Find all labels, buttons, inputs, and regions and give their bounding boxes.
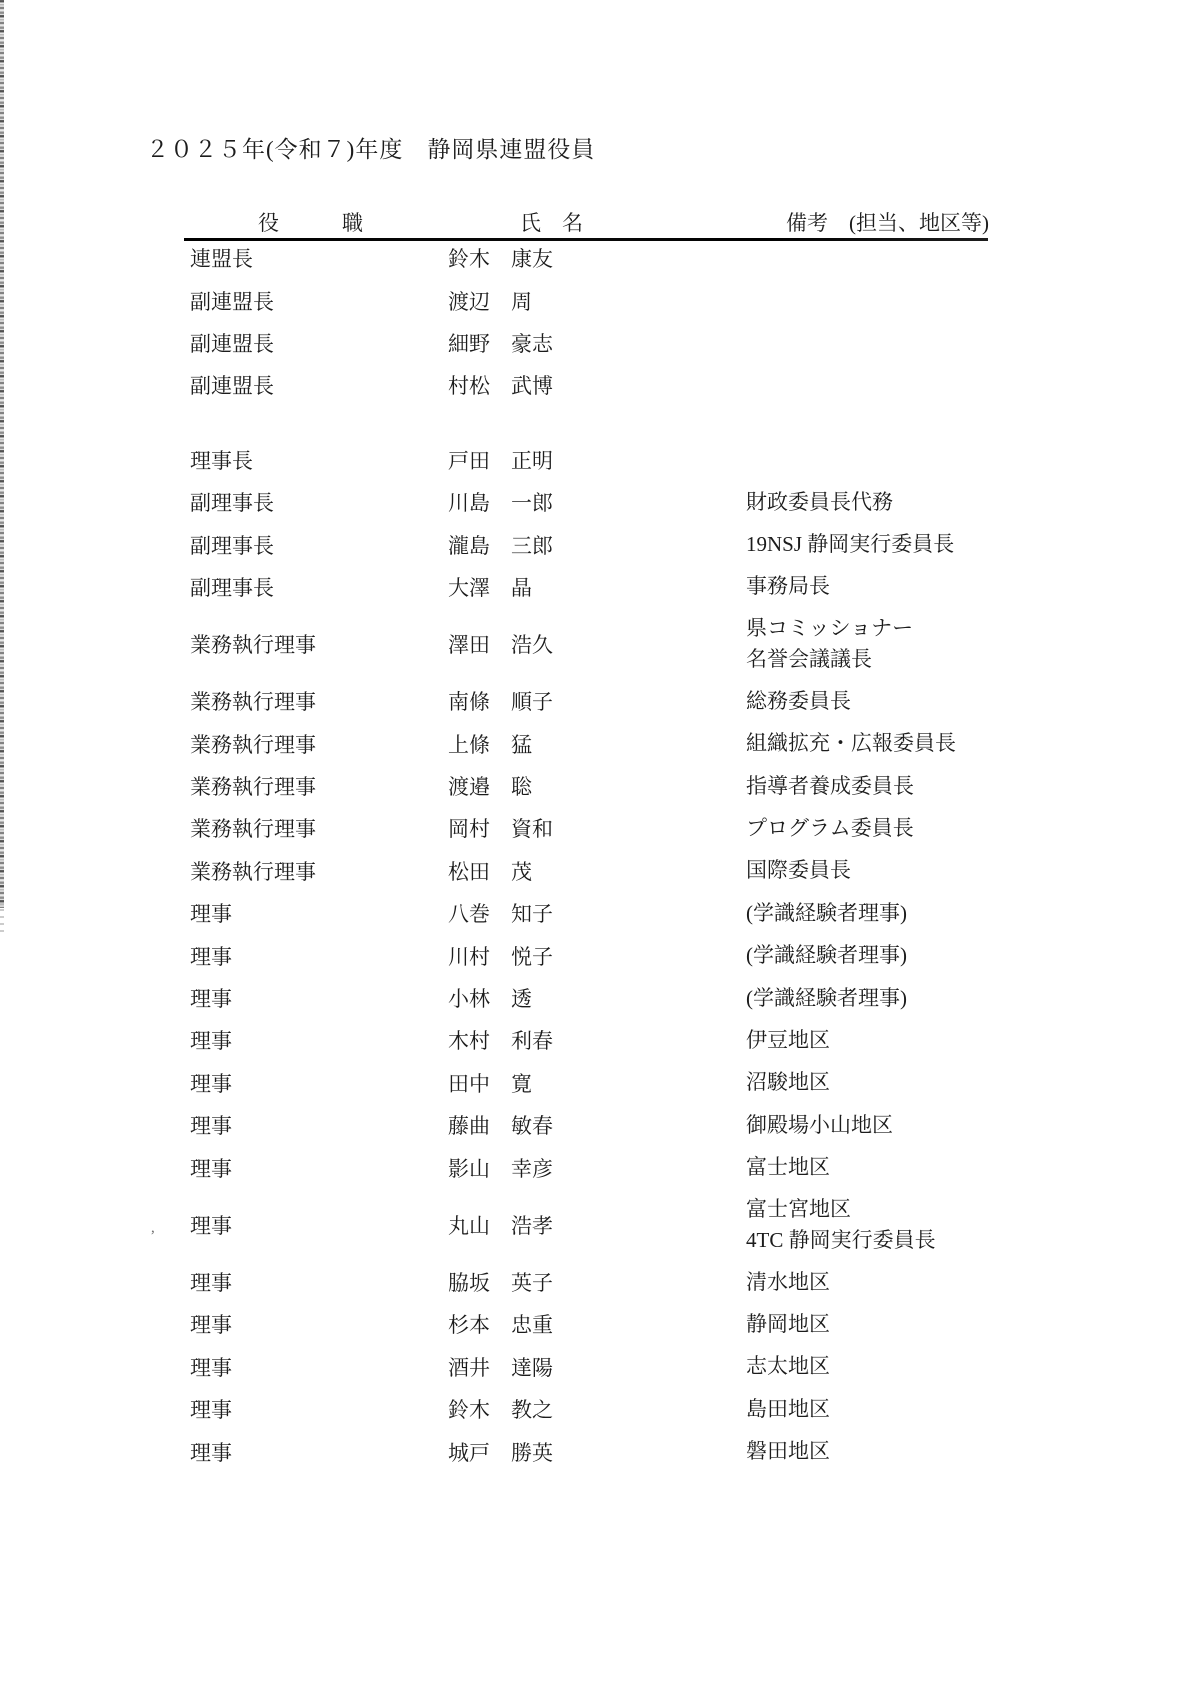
scan-speck bbox=[151, 1220, 159, 1232]
cell-name: 岡村 資和 bbox=[448, 813, 746, 843]
cell-name: 杉本 忠重 bbox=[448, 1309, 746, 1339]
cell-position: 業務執行理事 bbox=[190, 856, 448, 886]
cell-name: 影山 幸彦 bbox=[448, 1153, 746, 1183]
cell-name: 上條 猛 bbox=[448, 729, 746, 759]
cell-position: 理事 bbox=[190, 1267, 448, 1297]
cell-position: 副連盟長 bbox=[190, 286, 448, 316]
remark-line: (学識経験者理事) bbox=[746, 940, 1175, 971]
table-row: 理事 酒井 達陽 志太地区 bbox=[190, 1346, 1175, 1388]
remark-line: プログラム委員長 bbox=[746, 813, 1175, 844]
cell-remarks: 島田地区 bbox=[746, 1394, 1175, 1425]
cell-position: 業務執行理事 bbox=[190, 629, 448, 659]
table-row: 理事 木村 利春 伊豆地区 bbox=[190, 1019, 1175, 1061]
remark-line: (学識経験者理事) bbox=[746, 983, 1175, 1014]
cell-remarks: 清水地区 bbox=[746, 1267, 1175, 1298]
cell-name: 城戸 勝英 bbox=[448, 1437, 746, 1467]
cell-name: 藤曲 敏春 bbox=[448, 1110, 746, 1140]
cell-position: 理事 bbox=[190, 1110, 448, 1140]
cell-position: 副理事長 bbox=[190, 487, 448, 517]
cell-remarks: 19NSJ 静岡実行委員長 bbox=[746, 529, 1175, 560]
cell-remarks: (学識経験者理事) bbox=[746, 983, 1175, 1014]
table-row: 業務執行理事 渡邉 聡 指導者養成委員長 bbox=[190, 765, 1175, 807]
cell-position: 理事 bbox=[190, 941, 448, 971]
cell-remarks: 御殿場小山地区 bbox=[746, 1110, 1175, 1141]
cell-position: 副理事長 bbox=[190, 572, 448, 602]
cell-name: 細野 豪志 bbox=[448, 328, 746, 358]
remark-line: 磐田地区 bbox=[746, 1436, 1175, 1467]
remark-line: 伊豆地区 bbox=[746, 1025, 1175, 1056]
table-row: 副理事長 瀧島 三郎 19NSJ 静岡実行委員長 bbox=[190, 523, 1175, 565]
cell-name: 松田 茂 bbox=[448, 856, 746, 886]
cell-name: 大澤 晶 bbox=[448, 572, 746, 602]
remark-line: 御殿場小山地区 bbox=[746, 1110, 1175, 1141]
remark-line: 4TC 静岡実行委員長 bbox=[746, 1225, 1175, 1256]
table-row: 業務執行理事 上條 猛 組織拡充・広報委員長 bbox=[190, 723, 1175, 765]
cell-remarks: 総務委員長 bbox=[746, 686, 1175, 717]
table-row: 副連盟長 細野 豪志 bbox=[190, 322, 1175, 364]
remark-line: 静岡地区 bbox=[746, 1309, 1175, 1340]
cell-remarks: 静岡地区 bbox=[746, 1309, 1175, 1340]
cell-position: 業務執行理事 bbox=[190, 686, 448, 716]
cell-name: 村松 武博 bbox=[448, 370, 746, 400]
page-title: ２０２５年(令和７)年度 静岡県連盟役員 bbox=[146, 131, 595, 164]
cell-name: 川島 一郎 bbox=[448, 487, 746, 517]
table-row: 理事 杉本 忠重 静岡地区 bbox=[190, 1303, 1175, 1345]
cell-position: 連盟長 bbox=[190, 243, 448, 273]
column-header-name: 氏 名 bbox=[520, 207, 583, 237]
table-row: 業務執行理事 澤田 浩久 県コミッショナー名誉会議議長 bbox=[190, 608, 1175, 680]
cell-remarks: 磐田地区 bbox=[746, 1436, 1175, 1467]
scan-edge-artifact bbox=[0, 0, 4, 908]
cell-name: 八巻 知子 bbox=[448, 898, 746, 928]
cell-position: 理事 bbox=[190, 1437, 448, 1467]
table-row: 理事 城戸 勝英 磐田地区 bbox=[190, 1430, 1175, 1472]
remark-line: 指導者養成委員長 bbox=[746, 771, 1175, 802]
table-row: 業務執行理事 南條 順子 総務委員長 bbox=[190, 680, 1175, 722]
remark-line: 組織拡充・広報委員長 bbox=[746, 728, 1175, 759]
cell-remarks: 事務局長 bbox=[746, 571, 1175, 602]
cell-position: 理事 bbox=[190, 983, 448, 1013]
column-header-remarks: 備考 (担当、地区等) bbox=[786, 207, 989, 237]
table-row: 理事 鈴木 教之 島田地区 bbox=[190, 1388, 1175, 1430]
cell-name: 渡邉 聡 bbox=[448, 771, 746, 801]
cell-position: 理事長 bbox=[190, 445, 448, 475]
remark-line: 志太地区 bbox=[746, 1351, 1175, 1382]
cell-position: 理事 bbox=[190, 1153, 448, 1183]
table-row: 副連盟長 渡辺 周 bbox=[190, 279, 1175, 321]
cell-position: 業務執行理事 bbox=[190, 771, 448, 801]
cell-name: 鈴木 康友 bbox=[448, 243, 746, 273]
table-row: 理事 川村 悦子 (学識経験者理事) bbox=[190, 934, 1175, 976]
cell-remarks: (学識経験者理事) bbox=[746, 940, 1175, 971]
remark-line: 清水地区 bbox=[746, 1267, 1175, 1298]
table-row: 理事 小林 透 (学識経験者理事) bbox=[190, 977, 1175, 1019]
remark-line: 富士宮地区 bbox=[746, 1194, 1175, 1225]
cell-remarks: 国際委員長 bbox=[746, 855, 1175, 886]
table-row: 連盟長 鈴木 康友 bbox=[190, 237, 1175, 279]
table-row: 理事 藤曲 敏春 御殿場小山地区 bbox=[190, 1104, 1175, 1146]
cell-position: 理事 bbox=[190, 1394, 448, 1424]
cell-remarks: プログラム委員長 bbox=[746, 813, 1175, 844]
cell-remarks: 指導者養成委員長 bbox=[746, 771, 1175, 802]
table-row: 副理事長 川島 一郎 財政委員長代務 bbox=[190, 481, 1175, 523]
cell-remarks: 組織拡充・広報委員長 bbox=[746, 728, 1175, 759]
column-header-position: 役 職 bbox=[258, 207, 363, 237]
cell-position: 業務執行理事 bbox=[190, 813, 448, 843]
remark-line: (学識経験者理事) bbox=[746, 898, 1175, 929]
cell-name: 田中 寛 bbox=[448, 1068, 746, 1098]
remark-line: 島田地区 bbox=[746, 1394, 1175, 1425]
remark-line: 名誉会議議長 bbox=[746, 644, 1175, 675]
remark-line: 国際委員長 bbox=[746, 855, 1175, 886]
table-row: 理事 八巻 知子 (学識経験者理事) bbox=[190, 892, 1175, 934]
remark-line: 財政委員長代務 bbox=[746, 487, 1175, 518]
table-row: 理事 丸山 浩孝 富士宮地区4TC 静岡実行委員長 bbox=[190, 1189, 1175, 1261]
cell-remarks: 富士宮地区4TC 静岡実行委員長 bbox=[746, 1194, 1175, 1256]
cell-name: 川村 悦子 bbox=[448, 941, 746, 971]
cell-position: 理事 bbox=[190, 1068, 448, 1098]
table-row: 副連盟長 村松 武博 bbox=[190, 364, 1175, 406]
table-row: 業務執行理事 岡村 資和 プログラム委員長 bbox=[190, 807, 1175, 849]
remark-line: 県コミッショナー bbox=[746, 613, 1175, 644]
remark-line: 富士地区 bbox=[746, 1152, 1175, 1183]
cell-position: 理事 bbox=[190, 1309, 448, 1339]
table-row: 業務執行理事 松田 茂 国際委員長 bbox=[190, 850, 1175, 892]
cell-name: 酒井 達陽 bbox=[448, 1352, 746, 1382]
cell-position: 理事 bbox=[190, 1025, 448, 1055]
cell-remarks: 沼駿地区 bbox=[746, 1067, 1175, 1098]
cell-remarks: (学識経験者理事) bbox=[746, 898, 1175, 929]
cell-name: 戸田 正明 bbox=[448, 445, 746, 475]
cell-position: 業務執行理事 bbox=[190, 729, 448, 759]
cell-remarks: 富士地区 bbox=[746, 1152, 1175, 1183]
document-page: ２０２５年(令和７)年度 静岡県連盟役員 役 職 氏 名 備考 (担当、地区等)… bbox=[0, 0, 1190, 1684]
cell-name: 鈴木 教之 bbox=[448, 1394, 746, 1424]
remark-line: 事務局長 bbox=[746, 571, 1175, 602]
cell-position: 副理事長 bbox=[190, 530, 448, 560]
cell-name: 脇坂 英子 bbox=[448, 1267, 746, 1297]
cell-position: 理事 bbox=[190, 898, 448, 928]
scan-edge-artifact-fade bbox=[0, 902, 4, 932]
cell-name: 澤田 浩久 bbox=[448, 629, 746, 659]
remark-line: 19NSJ 静岡実行委員長 bbox=[746, 529, 1175, 560]
table-row: 理事長 戸田 正明 bbox=[190, 439, 1175, 481]
cell-name: 渡辺 周 bbox=[448, 286, 746, 316]
cell-remarks: 財政委員長代務 bbox=[746, 487, 1175, 518]
table-row: 副理事長 大澤 晶 事務局長 bbox=[190, 566, 1175, 608]
cell-name: 瀧島 三郎 bbox=[448, 530, 746, 560]
cell-position: 理事 bbox=[190, 1352, 448, 1382]
cell-name: 小林 透 bbox=[448, 983, 746, 1013]
table-row: 理事 脇坂 英子 清水地区 bbox=[190, 1261, 1175, 1303]
cell-name: 南條 順子 bbox=[448, 686, 746, 716]
cell-remarks: 志太地区 bbox=[746, 1351, 1175, 1382]
remark-line: 沼駿地区 bbox=[746, 1067, 1175, 1098]
cell-name: 木村 利春 bbox=[448, 1025, 746, 1055]
cell-remarks: 県コミッショナー名誉会議議長 bbox=[746, 613, 1175, 675]
cell-remarks: 伊豆地区 bbox=[746, 1025, 1175, 1056]
table-row: 理事 田中 寛 沼駿地区 bbox=[190, 1062, 1175, 1104]
remark-line: 総務委員長 bbox=[746, 686, 1175, 717]
table-body: 連盟長 鈴木 康友 副連盟長 渡辺 周 副連盟長 細野 豪志 副連盟長 村松 武… bbox=[190, 237, 1175, 1473]
cell-name: 丸山 浩孝 bbox=[448, 1210, 746, 1240]
cell-position: 副連盟長 bbox=[190, 370, 448, 400]
cell-position: 理事 bbox=[190, 1210, 448, 1240]
table-row: 理事 影山 幸彦 富士地区 bbox=[190, 1146, 1175, 1188]
cell-position: 副連盟長 bbox=[190, 328, 448, 358]
